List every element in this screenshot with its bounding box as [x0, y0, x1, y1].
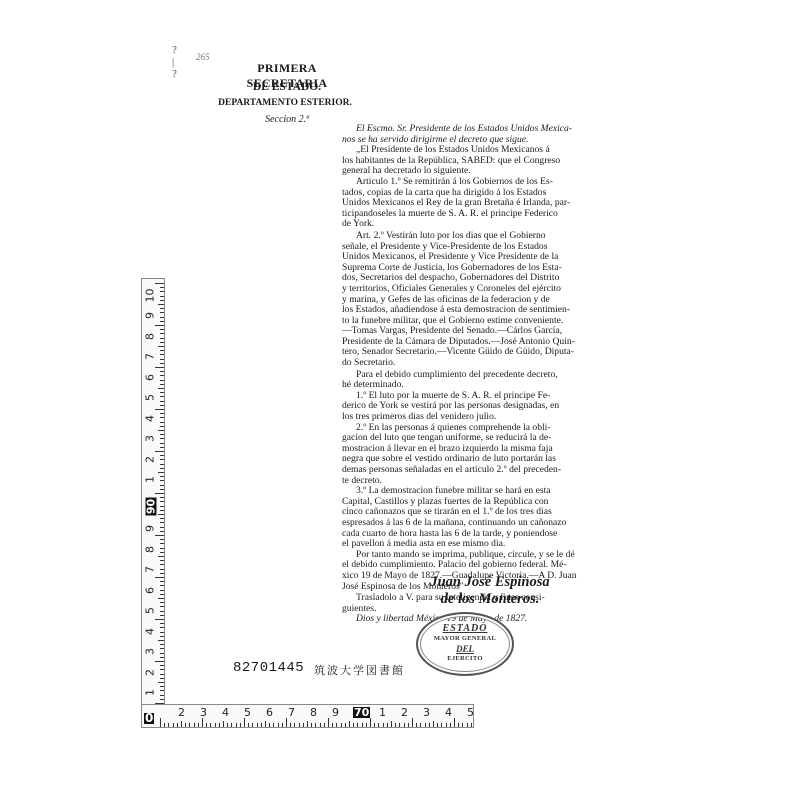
horizontal-scale-ruler: 0234567897012345 [141, 704, 474, 728]
ruler-tick [155, 325, 164, 326]
ruler-tick [160, 359, 164, 360]
ruler-tick [158, 598, 164, 599]
ruler-tick [328, 718, 329, 727]
ruler-tick [160, 718, 161, 727]
ruler-tick [446, 723, 447, 727]
ruler-tick [324, 723, 325, 727]
ruler-tick [160, 669, 164, 670]
ruler-tick [341, 723, 342, 727]
ruler-tick [282, 723, 283, 727]
ruler-label: 8 [310, 707, 317, 718]
ruler-tick [223, 721, 224, 727]
ruler-tick [160, 476, 164, 477]
ruler-tick [210, 723, 211, 727]
decree-line: Art. 2.º Vestirán luto por los dias que … [342, 231, 527, 242]
ruler-tick [412, 718, 413, 727]
ruler-tick [160, 333, 164, 334]
ruler-tick [425, 723, 426, 727]
ruler-tick [160, 573, 164, 574]
ruler-tick [155, 493, 164, 494]
ruler-tick [198, 723, 199, 727]
ruler-tick [160, 560, 164, 561]
ruler-tick [160, 518, 164, 519]
ruler-tick [160, 690, 164, 691]
decree-line: do Secretario. [342, 358, 527, 369]
ruler-tick [231, 723, 232, 727]
ruler-label: 7 [145, 350, 156, 364]
ruler-tick [158, 640, 164, 641]
ruler-tick [158, 472, 164, 473]
ruler-tick [155, 577, 164, 578]
ruler-label: 5 [145, 604, 156, 618]
ruler-tick [160, 585, 164, 586]
ruler-tick [336, 723, 337, 727]
ruler-tick [160, 506, 164, 507]
ruler-origin: 0 [144, 713, 154, 724]
ruler-tick [160, 413, 164, 414]
ruler-label: 5 [145, 391, 156, 405]
ruler-tick [391, 721, 392, 727]
ruler-tick [158, 556, 164, 557]
ruler-tick [160, 552, 164, 553]
ruler-tick [160, 485, 164, 486]
ruler-tick [408, 723, 409, 727]
ruler-tick [429, 723, 430, 727]
ruler-tick [160, 644, 164, 645]
ruler-tick [160, 459, 164, 460]
ruler-tick [160, 497, 164, 498]
ruler-tick [160, 674, 164, 675]
ruler-tick [160, 342, 164, 343]
ruler-tick [160, 321, 164, 322]
ruler-tick [345, 723, 346, 727]
ruler-tick [160, 480, 164, 481]
ruler-tick [164, 723, 165, 727]
ruler-tick [160, 329, 164, 330]
ruler-tick [433, 721, 434, 727]
ruler-tick [462, 723, 463, 727]
header-state: DE ESTADO. [222, 81, 352, 93]
ruler-tick [294, 723, 295, 727]
ruler-tick [236, 723, 237, 727]
ruler-tick [155, 283, 164, 284]
ruler-label: 4 [445, 707, 452, 718]
ruler-tick [278, 723, 279, 727]
ruler-tick [160, 405, 164, 406]
ruler-tick [155, 451, 164, 452]
ruler-tick [158, 304, 164, 305]
ruler-tick [160, 648, 164, 649]
ruler-tick [158, 346, 164, 347]
ruler-tick [160, 581, 164, 582]
ruler-tick [160, 602, 164, 603]
ruler-tick [240, 723, 241, 727]
ruler-tick [160, 300, 164, 301]
ruler-tick [404, 723, 405, 727]
ruler-tick [168, 723, 169, 727]
ruler-tick [370, 718, 371, 727]
ruler-tick [160, 417, 164, 418]
ruler-tick [160, 396, 164, 397]
ruler-tick [349, 721, 350, 727]
ruler-tick [160, 653, 164, 654]
ruler-label: 6 [145, 583, 156, 597]
ruler-label: 2 [145, 665, 156, 679]
ruler-tick [387, 723, 388, 727]
ruler-tick [286, 718, 287, 727]
ruler-badge: 90 [146, 498, 157, 516]
official-seal: ESTADO MAYOR GENERAL DEL EJERCITO [416, 612, 514, 676]
ruler-tick [160, 371, 164, 372]
ruler-tick [160, 296, 164, 297]
ruler-label: 2 [145, 452, 156, 466]
ruler-tick [160, 422, 164, 423]
ruler-tick [471, 723, 472, 727]
ruler-tick [160, 392, 164, 393]
ruler-tick [189, 723, 190, 727]
ruler-tick [332, 723, 333, 727]
ruler-tick [160, 489, 164, 490]
ruler-label: 3 [423, 707, 430, 718]
ruler-tick [160, 527, 164, 528]
ruler-tick [160, 636, 164, 637]
ruler-tick [320, 723, 321, 727]
ruler-tick [160, 468, 164, 469]
ruler-tick [160, 548, 164, 549]
library-name: 筑波大学図書館 [314, 662, 405, 678]
ruler-tick [160, 590, 164, 591]
scanned-document-page: ? | ? 265 PRIMERA SECRETARIA DE ESTADO. … [0, 0, 800, 800]
ruler-label: 9 [145, 309, 156, 323]
ruler-tick [248, 723, 249, 727]
ruler-tick [269, 723, 270, 727]
ruler-tick [160, 539, 164, 540]
ruler-tick [160, 615, 164, 616]
ruler-label: 4 [145, 411, 156, 425]
library-accession-number: 82701445 [233, 660, 304, 676]
ruler-tick [160, 384, 164, 385]
vertical-scale-ruler: 1234567891090987654321 [141, 278, 165, 712]
ruler-tick [155, 661, 164, 662]
ruler-tick [215, 723, 216, 727]
ruler-tick [160, 350, 164, 351]
ruler-tick [353, 723, 354, 727]
ruler-tick [378, 723, 379, 727]
ruler-tick [160, 455, 164, 456]
ruler-label: 2 [178, 707, 185, 718]
ruler-label: 4 [222, 707, 229, 718]
ruler-tick [257, 723, 258, 727]
ruler-label: 10 [145, 288, 156, 302]
decree-line: Articulo 1.º Se remitirán á los Gobierno… [342, 177, 527, 188]
ruler-label: 7 [288, 707, 295, 718]
ruler-tick [194, 723, 195, 727]
ruler-tick [261, 723, 262, 727]
ruler-tick [160, 699, 164, 700]
margin-pencil-marks: ? | ? [172, 44, 177, 80]
ruler-label: 1 [145, 473, 156, 487]
ruler-tick [158, 514, 164, 515]
ruler-tick [160, 623, 164, 624]
ruler-label: 5 [467, 707, 474, 718]
ruler-tick [160, 543, 164, 544]
ruler-badge: 70 [353, 707, 370, 718]
ruler-tick [303, 723, 304, 727]
ruler-tick [160, 317, 164, 318]
ruler-tick [160, 606, 164, 607]
ruler-tick [160, 426, 164, 427]
ruler-tick [202, 718, 203, 727]
ruler-tick [160, 627, 164, 628]
decree-line: de York. [342, 219, 527, 230]
ruler-tick [185, 723, 186, 727]
ruler-tick [155, 409, 164, 410]
ruler-tick [357, 723, 358, 727]
ruler-tick [158, 430, 164, 431]
header-section: Seccion 2.ª [222, 114, 352, 125]
ruler-tick [362, 723, 363, 727]
ruler-label: 4 [145, 624, 156, 638]
ruler-tick [160, 380, 164, 381]
ruler-tick [399, 723, 400, 727]
ruler-tick [454, 718, 455, 727]
ruler-label: 2 [401, 707, 408, 718]
ruler-tick [374, 723, 375, 727]
ruler-tick [160, 510, 164, 511]
ruler-tick [160, 434, 164, 435]
ruler-tick [160, 338, 164, 339]
ruler-label: 1 [145, 686, 156, 700]
ruler-tick [206, 723, 207, 727]
ruler-tick [290, 723, 291, 727]
ruler-tick [160, 678, 164, 679]
ruler-tick [160, 375, 164, 376]
ruler-tick [160, 564, 164, 565]
ruler-tick [420, 723, 421, 727]
ruler-tick [437, 723, 438, 727]
decree-lines: „El Presidente de los Estados Unidos Mex… [342, 145, 527, 625]
ruler-tick [155, 367, 164, 368]
ruler-tick [160, 443, 164, 444]
ruler-tick [181, 721, 182, 727]
ruler-tick [441, 723, 442, 727]
ruler-tick [155, 535, 164, 536]
ruler-label: 9 [332, 707, 339, 718]
ruler-tick [173, 723, 174, 727]
ruler-tick [160, 569, 164, 570]
ruler-tick [160, 291, 164, 292]
decree-line: y territorios, Oficiales Generales y Cor… [342, 284, 527, 295]
ruler-tick [160, 401, 164, 402]
ruler-tick [299, 723, 300, 727]
decree-line: demas personas señaladas en el articulo … [342, 465, 527, 476]
intro-line: El Escmo. Sr. Presidente de los Estados … [342, 124, 527, 135]
ruler-tick [160, 312, 164, 313]
ruler-tick [160, 695, 164, 696]
ruler-tick [311, 723, 312, 727]
ruler-tick [450, 723, 451, 727]
ruler-tick [160, 522, 164, 523]
ruler-label: 3 [200, 707, 207, 718]
ruler-tick [252, 723, 253, 727]
ruler-tick [160, 594, 164, 595]
ruler-label: 5 [244, 707, 251, 718]
ruler-tick [227, 723, 228, 727]
ruler-label: 1 [379, 707, 386, 718]
ruler-tick [160, 447, 164, 448]
signature: Juan José Espinosa de los Monteros. [405, 574, 575, 608]
ruler-tick [273, 723, 274, 727]
ruler-tick [160, 308, 164, 309]
ruler-tick [244, 718, 245, 727]
ruler-label: 3 [145, 432, 156, 446]
ruler-tick [315, 723, 316, 727]
ruler-label: 8 [145, 329, 156, 343]
decree-line: espresados á las 6 de la mañana, continu… [342, 518, 527, 529]
ruler-tick [416, 723, 417, 727]
ruler-tick [265, 721, 266, 727]
ruler-tick [155, 619, 164, 620]
ruler-tick [160, 632, 164, 633]
ruler-tick [160, 531, 164, 532]
ruler-tick [383, 723, 384, 727]
ruler-tick [219, 723, 220, 727]
ruler-tick [158, 682, 164, 683]
ruler-tick [160, 464, 164, 465]
ruler-tick [177, 723, 178, 727]
header-department: DEPARTAMENTO ESTERIOR. [210, 98, 360, 108]
ruler-tick [467, 723, 468, 727]
ruler-label: 9 [145, 522, 156, 536]
ruler-tick [160, 363, 164, 364]
ruler-label: 7 [145, 563, 156, 577]
ruler-tick [160, 438, 164, 439]
ruler-label: 6 [266, 707, 273, 718]
ruler-tick [160, 611, 164, 612]
ruler-label: 3 [145, 645, 156, 659]
ruler-tick [160, 686, 164, 687]
ruler-tick [307, 721, 308, 727]
ruler-tick [160, 287, 164, 288]
ruler-tick [160, 665, 164, 666]
ruler-tick [158, 388, 164, 389]
ruler-tick [458, 723, 459, 727]
ruler-label: 6 [145, 370, 156, 384]
decree-body: El Escmo. Sr. Presidente de los Estados … [342, 124, 527, 625]
ruler-tick [160, 354, 164, 355]
ruler-tick [160, 501, 164, 502]
ruler-tick [366, 723, 367, 727]
ruler-tick [160, 657, 164, 658]
ruler-tick [395, 723, 396, 727]
folio-number: 265 [196, 52, 210, 62]
ruler-label: 8 [145, 542, 156, 556]
